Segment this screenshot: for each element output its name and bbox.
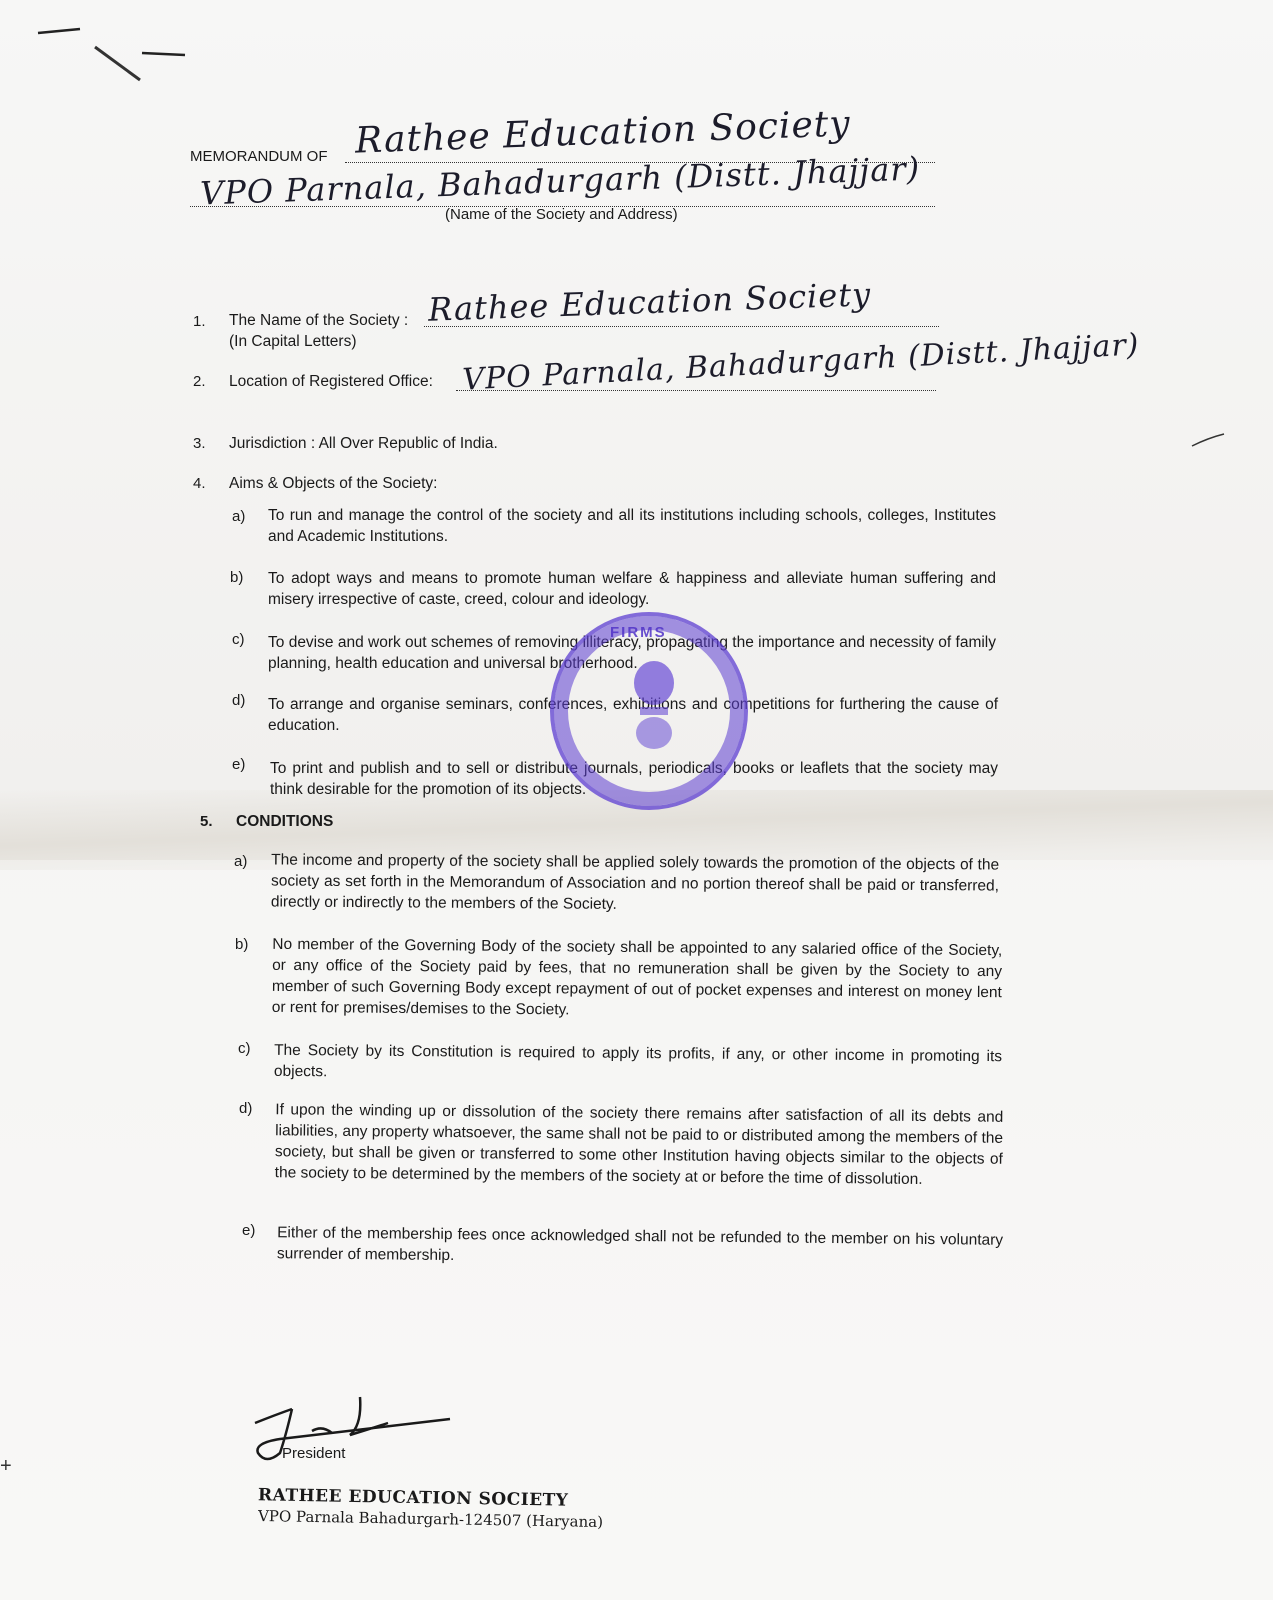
emblem-icon (630, 655, 678, 755)
item-number: 4. (193, 475, 206, 492)
aim-letter: a) (232, 508, 245, 525)
pen-marks (20, 15, 200, 95)
pen-tick-mark (1190, 430, 1230, 450)
condition-letter: a) (234, 853, 247, 870)
condition-letter: d) (239, 1100, 252, 1117)
condition-letter: e) (242, 1222, 255, 1239)
handwritten-name-value: Rathee Education Society (427, 275, 871, 328)
aims-heading: Aims & Objects of the Society: (229, 474, 437, 494)
aim-letter: b) (230, 569, 243, 586)
handwritten-society-name: Rathee Education Society (354, 103, 851, 161)
condition-letter: b) (235, 936, 248, 953)
president-signature (250, 1395, 470, 1475)
aim-letter: e) (232, 756, 245, 773)
condition-item: The income and property of the society s… (271, 849, 999, 917)
conditions-heading: CONDITIONS (236, 813, 333, 831)
jurisdiction-text: Jurisdiction : All Over Republic of Indi… (229, 434, 498, 454)
crop-mark: + (0, 1455, 12, 1478)
handwritten-office-value: VPO Parnala, Bahadurgarh (Distt. Jhajjar… (462, 327, 1141, 397)
registered-office-label: Location of Registered Office: (229, 372, 433, 392)
name-address-caption: (Name of the Society and Address) (445, 205, 678, 225)
president-title: President (282, 1445, 345, 1462)
capital-letters-note: (In Capital Letters) (229, 332, 357, 352)
aim-item: To run and manage the control of the soc… (268, 505, 996, 547)
memorandum-label: MEMORANDUM OF (190, 147, 328, 167)
conditions-number: 5. (200, 813, 213, 830)
condition-letter: c) (238, 1040, 251, 1057)
stamp-top-text: FIRMS (610, 624, 667, 641)
item-number: 2. (193, 373, 206, 390)
condition-item: No member of the Governing Body of the s… (272, 934, 1003, 1024)
aim-item: To adopt ways and means to promote human… (268, 568, 996, 610)
item-number: 1. (193, 313, 206, 330)
aim-letter: c) (232, 631, 245, 648)
society-name-label: The Name of the Society : (229, 311, 408, 331)
document-page: MEMORANDUM OF Rathee Education Society V… (0, 0, 1273, 1600)
condition-item: If upon the winding up or dissolution of… (275, 1099, 1004, 1191)
aim-letter: d) (232, 692, 245, 709)
item-number: 3. (193, 435, 206, 452)
condition-item: Either of the membership fees once ackno… (277, 1222, 1003, 1272)
condition-item: The Society by its Constitution is requi… (274, 1040, 1002, 1088)
